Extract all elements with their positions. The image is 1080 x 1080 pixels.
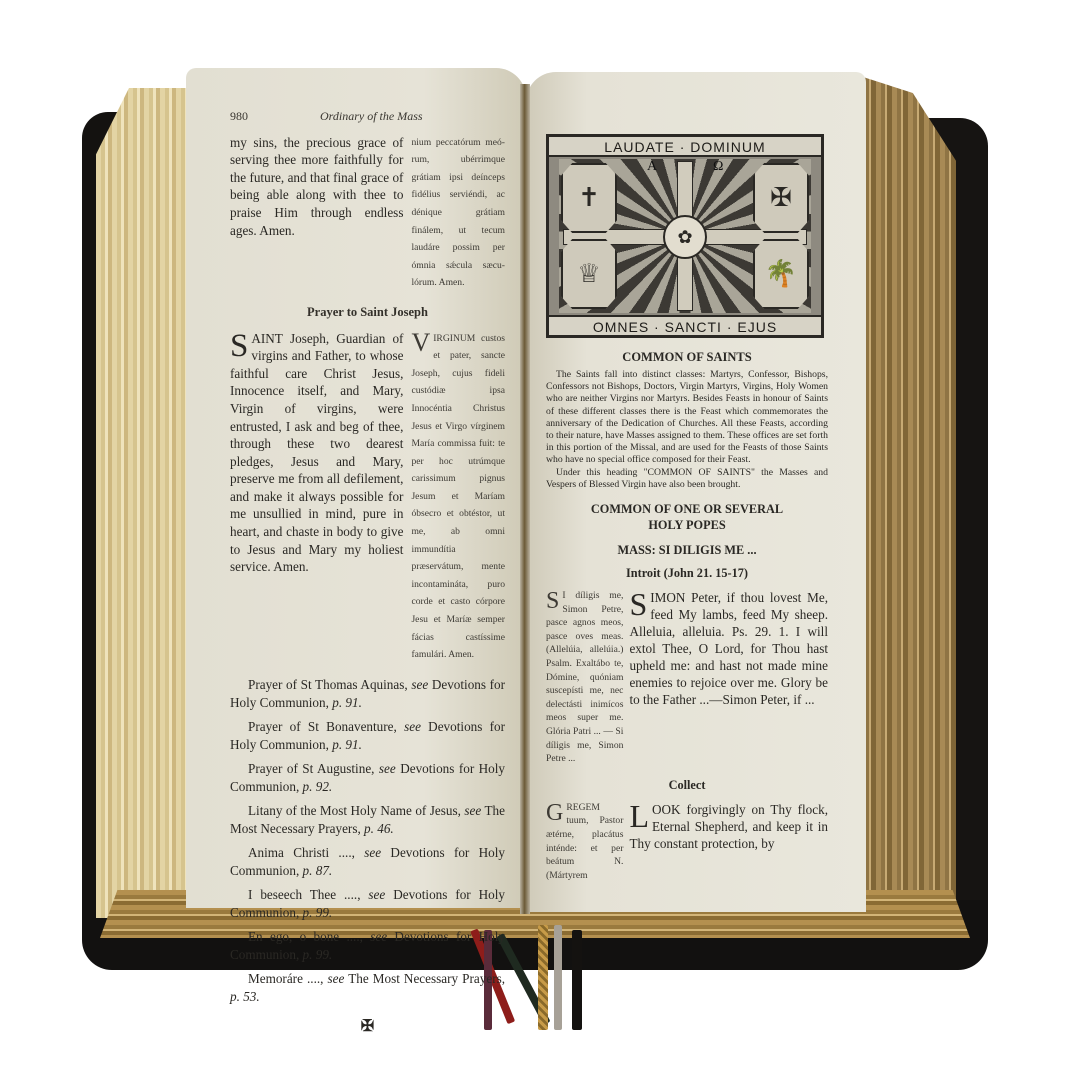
introit-latin: SI díligis me, Simon Petre, pasce agnos … — [546, 589, 623, 766]
sword-cross-icon: ✝ — [561, 163, 617, 233]
cross-reference[interactable]: En ego, o bone ...., see Devotions for H… — [230, 928, 505, 964]
page-number: 980 — [230, 108, 320, 126]
inscription-top: LAUDATE · DOMINUM — [549, 137, 821, 157]
prayer-english: SAINT Joseph, Guardian of virgins and Fa… — [230, 330, 403, 664]
dropcap: V — [411, 332, 430, 354]
intro-paragraph: Under this heading "COMMON OF SAINTS" th… — [546, 467, 828, 491]
left-page-text: 980 Ordinary of the Mass my sins, the pr… — [230, 108, 505, 1035]
opening-paragraph: my sins, the precious grace of serving t… — [230, 134, 505, 292]
book-cross-icon: ✠ — [753, 163, 809, 233]
prayer-latin: VIRGINUM custos et pater, sancte Joseph,… — [411, 330, 505, 664]
alpha-icon: A — [647, 159, 657, 175]
right-page-text: COMMON OF SAINTS The Saints fall into di… — [546, 350, 828, 882]
book-gutter — [520, 84, 530, 914]
introit: SI díligis me, Simon Petre, pasce agnos … — [546, 589, 828, 766]
cross-reference[interactable]: I beseech Thee ...., see Devotions for H… — [230, 886, 505, 922]
mitre-crown-icon: ♕ — [561, 239, 617, 309]
section-heading: COMMON OF SAINTS — [546, 350, 828, 365]
gilt-page-edge-right — [860, 76, 956, 924]
cross-reference[interactable]: Prayer of St Augustine, see Devotions fo… — [230, 760, 505, 796]
running-head-title: Ordinary of the Mass — [320, 108, 423, 126]
collect-latin: GREGEM tuum, Pastor ætérne, placátus int… — [546, 801, 623, 883]
common-of-saints-intro: The Saints fall into distinct classes: M… — [546, 369, 828, 491]
collect-english: LOOK forgivingly on Thy flock, Eternal S… — [629, 801, 828, 883]
cross-reference[interactable]: Prayer of St Thomas Aquinas, see Devotio… — [230, 676, 505, 712]
cross-reference[interactable]: Litany of the Most Holy Name of Jesus, s… — [230, 802, 505, 838]
inscription-bottom: OMNES · SANCTI · EJUS — [549, 315, 821, 335]
ribbon-marker-gold[interactable] — [538, 925, 548, 1030]
opening-english: my sins, the precious grace of serving t… — [230, 134, 403, 292]
intro-paragraph: The Saints fall into distinct classes: M… — [546, 369, 828, 467]
prayer-title: Prayer to Saint Joseph — [230, 304, 505, 322]
ribbon-marker-black[interactable] — [572, 930, 582, 1030]
common-title: COMMON OF ONE OR SEVERAL HOLY POPES — [546, 501, 828, 533]
flower-medallion-icon: ✿ — [663, 215, 707, 259]
cross-reference[interactable]: Anima Christi ...., see Devotions for Ho… — [230, 844, 505, 880]
cross-reference[interactable]: Prayer of St Bonaventure, see Devotions … — [230, 718, 505, 754]
ribbon-marker-silver[interactable] — [554, 925, 562, 1030]
running-head: 980 Ordinary of the Mass — [230, 108, 505, 126]
omega-icon: Ω — [713, 159, 723, 175]
mass-title: MASS: SI DILIGIS ME ... — [546, 543, 828, 558]
cross-reference-list: Prayer of St Thomas Aquinas, see Devotio… — [230, 676, 505, 1006]
introit-english: SIMON Peter, if thou lovest Me, feed My … — [629, 589, 828, 766]
dropcap: S — [230, 332, 248, 360]
engraving-illustration: ✿ A Ω ✝ ✠ ♕ 🌴 LAUDATE · DOMINUM OMNES · … — [546, 134, 824, 338]
prayer-to-saint-joseph: SAINT Joseph, Guardian of virgins and Fa… — [230, 330, 505, 664]
cross-reference[interactable]: Memoráre ...., see The Most Necessary Pr… — [230, 970, 505, 1006]
palm-tree-icon: 🌴 — [753, 239, 809, 309]
introit-title: Introit (John 21. 15-17) — [546, 566, 828, 581]
opening-latin: nium peccatórum meó-rum, ubérrimque grát… — [411, 134, 505, 292]
collect: GREGEM tuum, Pastor ætérne, placátus int… — [546, 801, 828, 883]
collect-title: Collect — [546, 778, 828, 793]
cross-ornament-icon: ✠ — [230, 1018, 505, 1036]
